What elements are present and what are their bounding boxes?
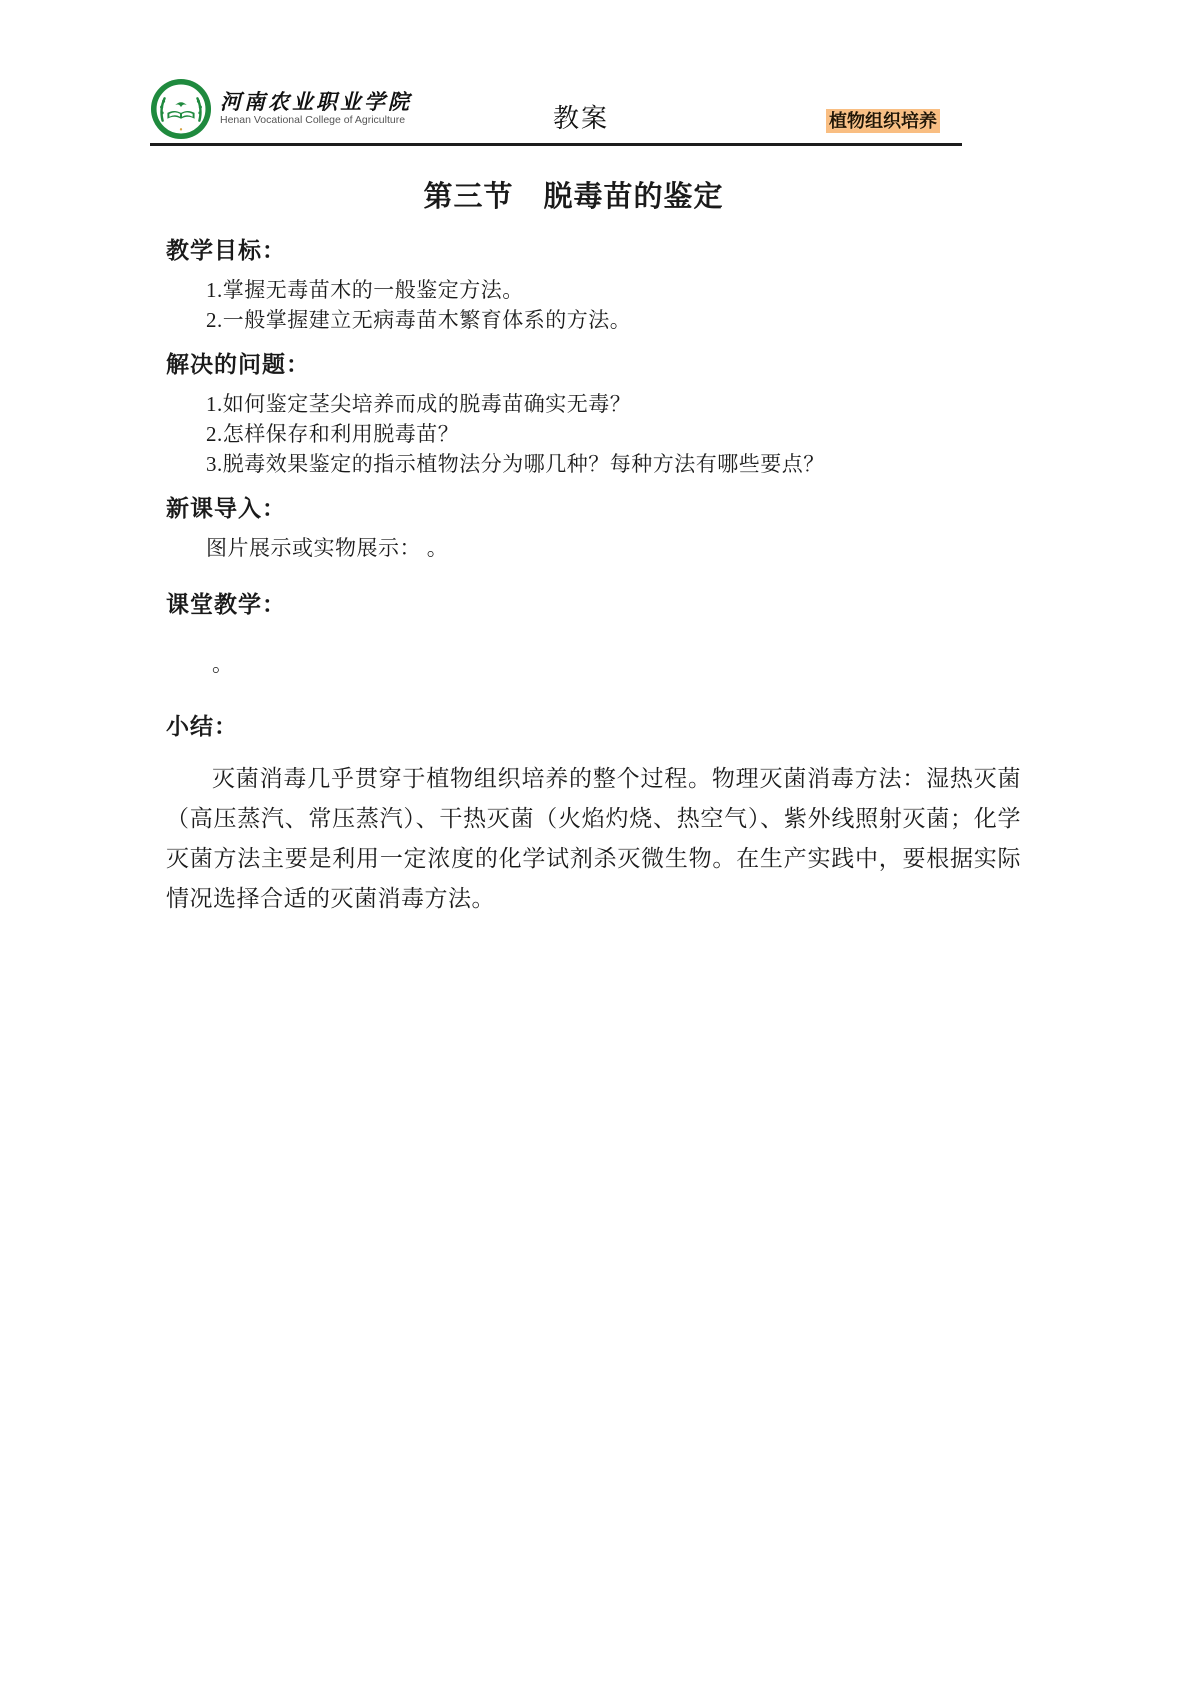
page-header: 河南农业职业学院 Henan Vocational College of Agr… xyxy=(150,74,962,146)
course-title-highlight: 植物组织培养 xyxy=(826,109,940,133)
summary-paragraph: 灭菌消毒几乎贯穿于植物组织培养的整个过程。物理灭菌消毒方法：湿热灭菌（高压蒸汽、… xyxy=(166,759,1021,919)
document-body: 第三节 脱毒苗的鉴定 教学目标： 1.掌握无毒苗木的一般鉴定方法。 2.一般掌握… xyxy=(166,162,1021,919)
objective-item: 2.一般掌握建立无病毒苗木繁育体系的方法。 xyxy=(166,305,1021,335)
objective-item: 1.掌握无毒苗木的一般鉴定方法。 xyxy=(166,275,1021,305)
document-page: 河南农业职业学院 Henan Vocational College of Agr… xyxy=(0,0,1190,1683)
college-name-zh: 河南农业职业学院 xyxy=(220,91,412,114)
section-heading-lead-in: 新课导入： xyxy=(166,493,1021,525)
college-name-en: Henan Vocational College of Agriculture xyxy=(220,114,412,127)
section-heading-problems: 解决的问题： xyxy=(166,349,1021,381)
page-title: 第三节 脱毒苗的鉴定 xyxy=(166,174,981,215)
lead-in-item: 图片展示或实物展示： 。 xyxy=(166,533,1021,563)
section-heading-objectives: 教学目标： xyxy=(166,235,1021,267)
college-name-block: 河南农业职业学院 Henan Vocational College of Agr… xyxy=(220,91,412,127)
section-heading-classroom-teaching: 课堂教学： xyxy=(166,589,1021,621)
doc-type-label: 教案 xyxy=(450,98,712,143)
college-logo-icon xyxy=(150,78,212,140)
problem-item: 2.怎样保存和利用脱毒苗？ xyxy=(166,419,1021,449)
college-logo: 河南农业职业学院 Henan Vocational College of Agr… xyxy=(150,78,450,140)
problem-item: 1.如何鉴定茎尖培养而成的脱毒苗确实无毒？ xyxy=(166,389,1021,419)
problem-item: 3.脱毒效果鉴定的指示植物法分为哪几种？每种方法有哪些要点？ xyxy=(166,449,1021,479)
section-heading-summary: 小结： xyxy=(166,711,1021,743)
course-title-wrap: 植物组织培养 xyxy=(712,107,962,143)
classroom-teaching-placeholder: 。 xyxy=(166,651,1021,677)
